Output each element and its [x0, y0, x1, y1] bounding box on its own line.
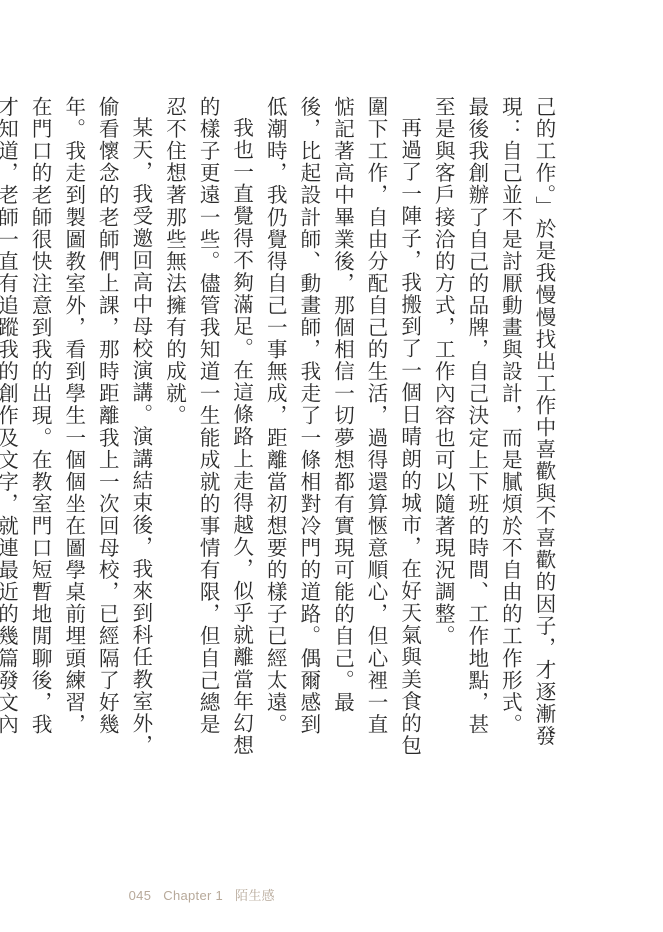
paragraph-1: 己的工作。」於是我慢慢找出工作中喜歡與不喜歡的因子，才逐漸發現：自己並不是討厭動…	[426, 96, 560, 756]
paragraph-3: 我也一直覺得不夠滿足。在這條路上走得越久，似乎就離當年幻想的樣子更遠一些。儘管我…	[157, 96, 258, 756]
book-page: 己的工作。」於是我慢慢找出工作中喜歡與不喜歡的因子，才逐漸發現：自己並不是討厭動…	[0, 0, 663, 932]
chapter-title: 陌生感	[235, 888, 275, 903]
vertical-text-body: 己的工作。」於是我慢慢找出工作中喜歡與不喜歡的因子，才逐漸發現：自己並不是討厭動…	[0, 96, 560, 756]
paragraph-4: 某天，我受邀回高中母校演講。演講結束後，我來到科任教室外，偷看懷念的老師們上課，…	[0, 96, 157, 756]
chapter-label: Chapter 1	[163, 888, 223, 903]
paragraph-2: 再過了一陣子，我搬到了一個日晴朗的城市，在好天氣與美食的包圍下工作，自由分配自己…	[258, 96, 426, 756]
page-number: 045	[129, 888, 152, 903]
page-footer: 045Chapter 1陌生感	[113, 870, 287, 919]
